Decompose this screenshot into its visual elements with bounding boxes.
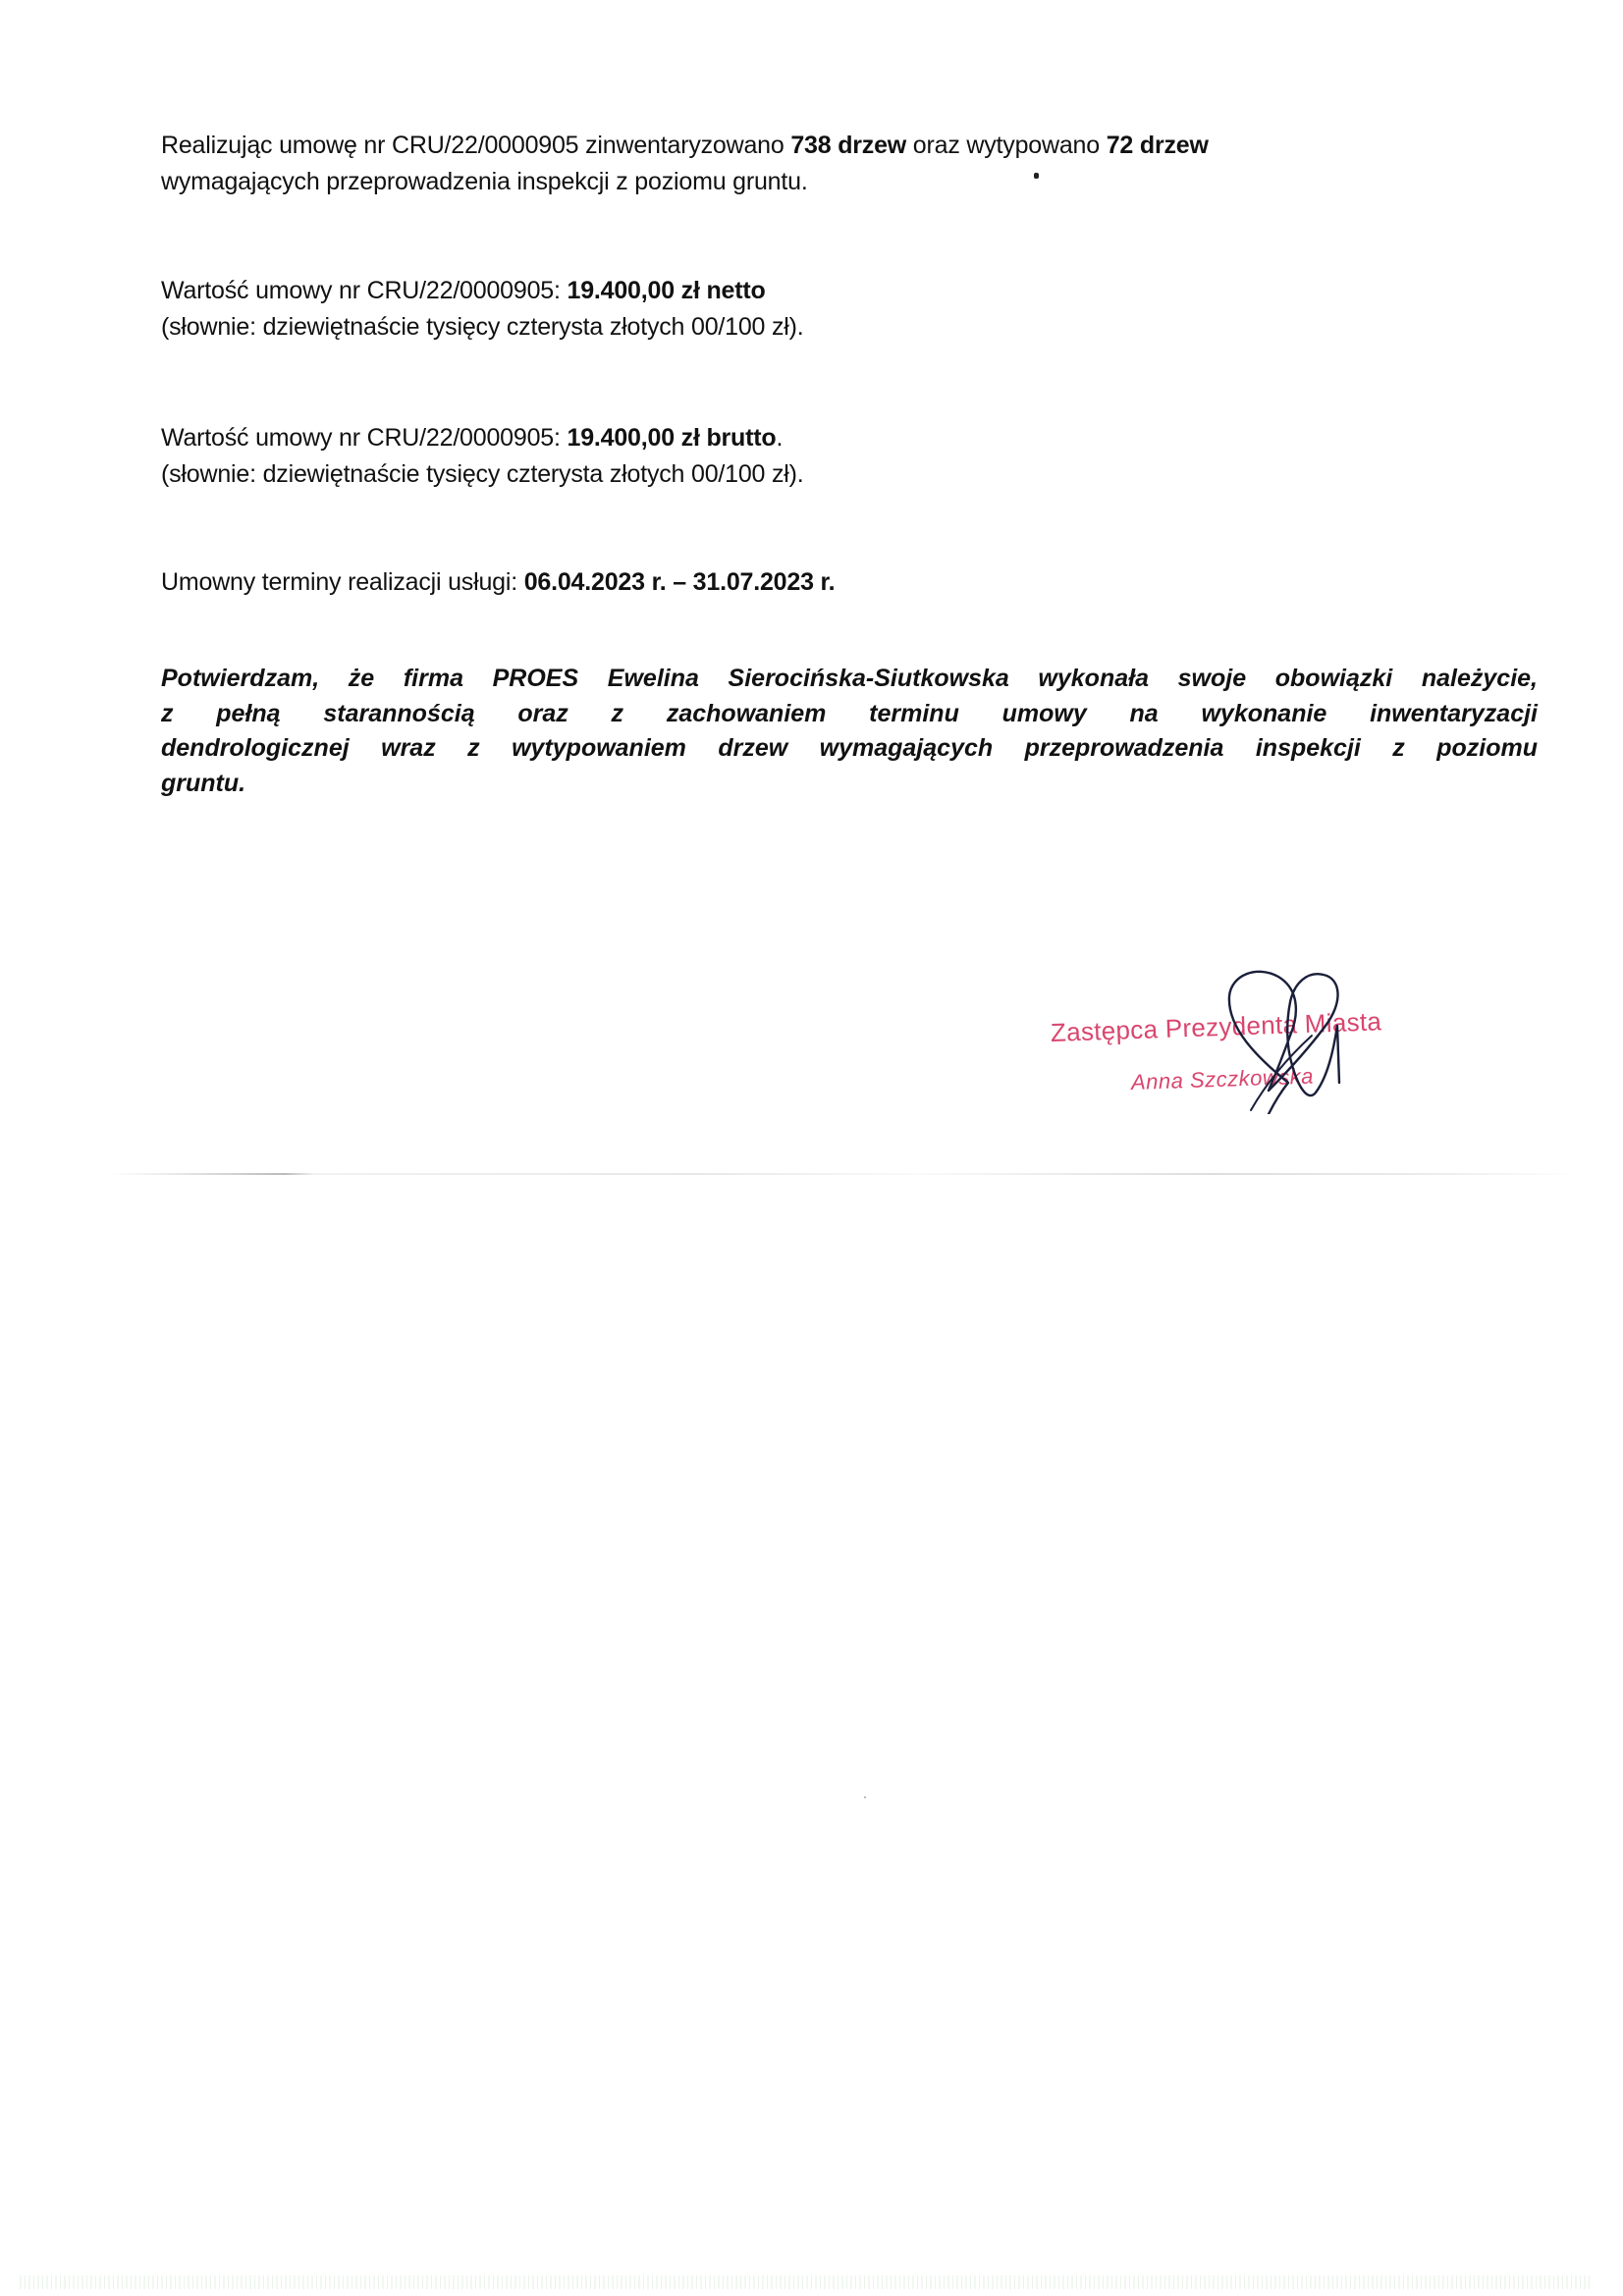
netto-label: Wartość umowy nr CRU/22/0000905: [161,277,567,304]
paragraph-value-netto: Wartość umowy nr CRU/22/0000905: 19.400,… [161,273,1536,346]
netto-words: (słownie: dziewiętnaście tysięcy czterys… [161,313,804,341]
scan-bottom-edge [20,2275,1591,2289]
netto-value: 19.400,00 zł netto [567,277,765,304]
confirmation-line-4: gruntu. [161,767,1538,802]
paragraph-value-brutto: Wartość umowy nr CRU/22/0000905: 19.400,… [161,420,1536,493]
confirmation-line-3: dendrologicznej wraz z wytypowaniem drze… [161,731,1538,767]
inventoried-trees-count: 738 drzew [790,132,906,159]
scan-speck [1034,173,1039,179]
document-page: Realizując umowę nr CRU/22/0000905 zinwe… [0,0,1623,2296]
paragraph-inventory: Realizując umowę nr CRU/22/0000905 zinwe… [161,128,1536,200]
brutto-value: 19.400,00 zł brutto [567,424,776,452]
scan-speck [864,1796,866,1798]
inventory-text-3: wymagających przeprowadzenia inspekcji z… [161,168,808,195]
paragraph-term: Umowny terminy realizacji usługi: 06.04.… [161,564,1536,601]
term-label: Umowny terminy realizacji usługi: [161,568,524,596]
selected-trees-count: 72 drzew [1107,132,1209,159]
inventory-text-1: Realizując umowę nr CRU/22/0000905 zinwe… [161,132,790,159]
brutto-words: (słownie: dziewiętnaście tysięcy czterys… [161,460,804,488]
paragraph-confirmation: Potwierdzam, że firma PROES Ewelina Sier… [161,662,1538,801]
brutto-label: Wartość umowy nr CRU/22/0000905: [161,424,567,452]
inventory-text-2: oraz wytypowano [906,132,1107,159]
confirmation-line-2: z pełną starannością oraz z zachowaniem … [161,697,1538,732]
handwritten-signature-icon [1217,967,1365,1114]
scan-fold-line [108,1173,1581,1175]
term-value: 06.04.2023 r. – 31.07.2023 r. [524,568,836,596]
brutto-suffix: . [776,424,783,452]
confirmation-line-1: Potwierdzam, że firma PROES Ewelina Sier… [161,662,1538,697]
